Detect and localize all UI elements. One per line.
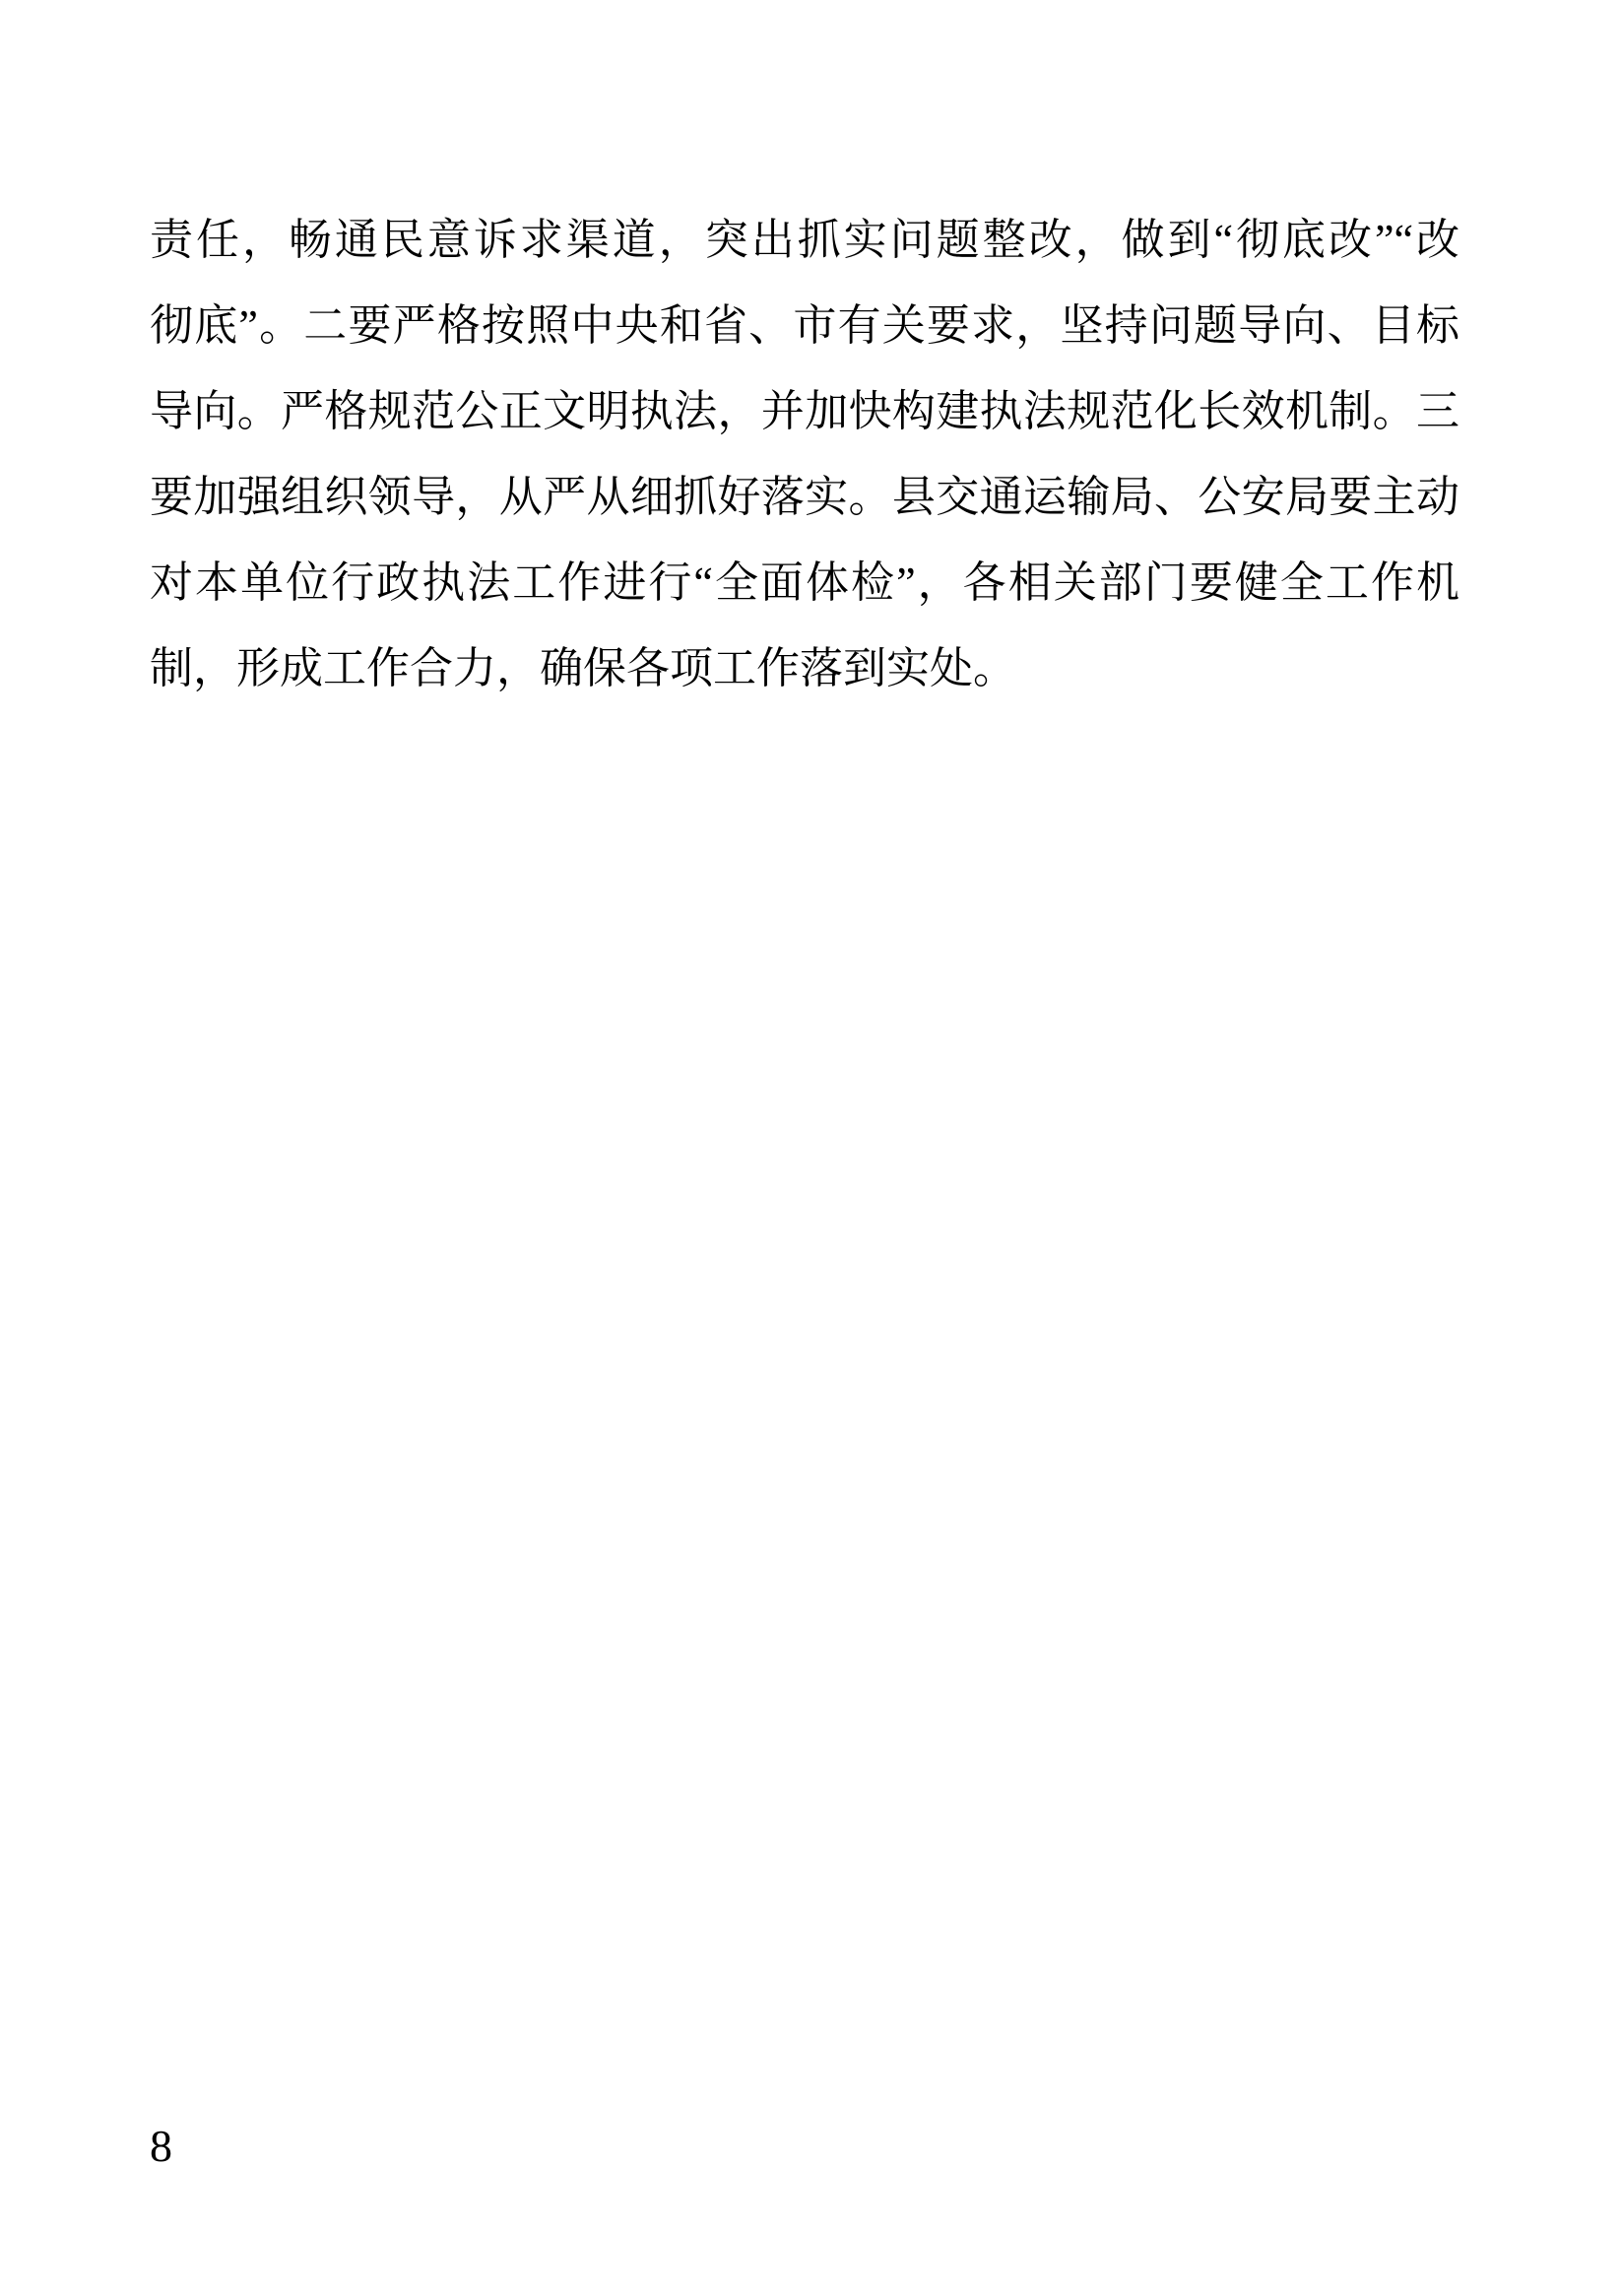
- text-line-1: 责任，畅通民意诉求渠道，突出抓实问题整改，做到“彻底改”“改: [150, 197, 1459, 283]
- text-line-6: 制，形成工作合力，确保各项工作落到实处。: [150, 625, 1459, 711]
- page-number: 8: [150, 2124, 172, 2169]
- text-line-5: 对本单位行政执法工作进行“全面体检”，各相关部门要健全工作机: [150, 540, 1459, 625]
- body-text: 责任，畅通民意诉求渠道，突出抓实问题整改，做到“彻底改”“改 彻底”。二要严格按…: [150, 197, 1459, 711]
- text-line-4: 要加强组织领导，从严从细抓好落实。县交通运输局、公安局要主动: [150, 454, 1459, 540]
- document-page: 责任，畅通民意诉求渠道，突出抓实问题整改，做到“彻底改”“改 彻底”。二要严格按…: [0, 0, 1621, 2296]
- text-line-3: 导向。严格规范公正文明执法，并加快构建执法规范化长效机制。三: [150, 368, 1459, 454]
- text-line-2: 彻底”。二要严格按照中央和省、市有关要求，坚持问题导向、目标: [150, 283, 1459, 368]
